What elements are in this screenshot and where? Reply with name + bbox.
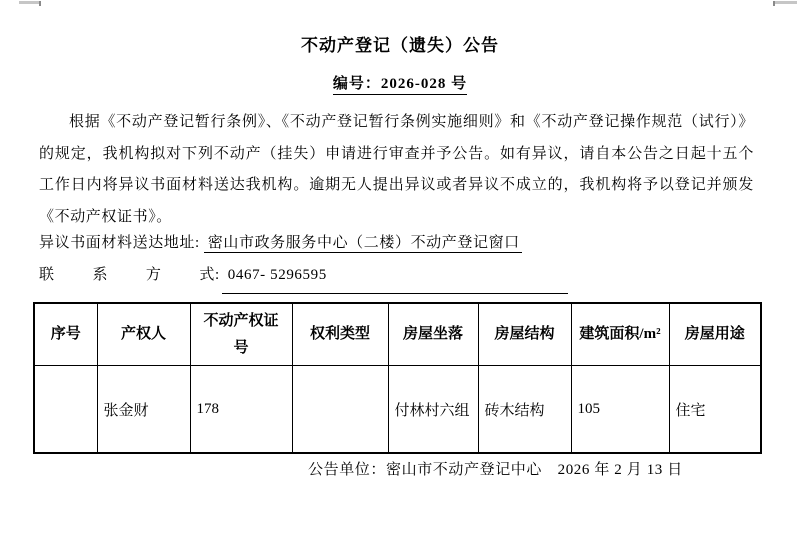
ruler-tick-left [39,1,41,6]
page-title: 不动产登记（遗失）公告 [0,33,800,59]
cell-house-structure: 砖木结构 [478,366,571,454]
cell-serial-number [34,366,97,454]
ruler-fragment-left [19,1,40,4]
address-value: 密山市政务服务中心（二楼）不动产登记窗口 [204,235,522,253]
header-property-owner: 产权人 [97,303,190,366]
table-header-row: 序号 产权人 不动产权证号 权利类型 房屋坐落 房屋结构 建筑面积/m² 房屋用… [34,303,761,366]
header-house-structure: 房屋结构 [478,303,571,366]
cell-house-location: 付林村六组 [388,366,478,454]
header-house-usage: 房屋用途 [669,303,761,366]
contact-line: 联 系 方 式:0467- 5296595 [39,260,568,294]
header-certificate-number: 不动产权证号 [190,303,292,366]
body-paragraph: 根据《不动产登记暂行条例》、《不动产登记暂行条例实施细则》和《不动产登记操作规范… [39,107,754,233]
table-row: 张金财 178 付林村六组 砖木结构 105 住宅 [34,366,761,454]
address-label: 异议书面材料送达地址: [39,235,200,251]
header-serial-number: 序号 [34,303,97,366]
cell-right-type [292,366,388,454]
properties-table: 序号 产权人 不动产权证号 权利类型 房屋坐落 房屋结构 建筑面积/m² 房屋用… [33,302,762,454]
header-right-type: 权利类型 [292,303,388,366]
header-house-location: 房屋坐落 [388,303,478,366]
doc-number-line: 编号：2026-028 号 [0,72,800,96]
header-building-area: 建筑面积/m² [571,303,669,366]
footer-announcement-unit: 公告单位：密山市不动产登记中心 2026 年 2 月 13 日 [308,455,683,487]
contact-label: 联 系 方 式 [39,260,215,292]
announcement-page: 不动产登记（遗失）公告 编号：2026-028 号 根据《不动产登记暂行条例》、… [0,0,800,543]
cell-property-owner: 张金财 [97,366,190,454]
doc-number-text: 编号：2026-028 号 [333,76,467,95]
ruler-tick-right [773,1,775,6]
cell-building-area: 105 [571,366,669,454]
address-line: 异议书面材料送达地址:密山市政务服务中心（二楼）不动产登记窗口 [39,228,522,260]
contact-colon: : [215,267,220,283]
cell-certificate-number: 178 [190,366,292,454]
cell-house-usage: 住宅 [669,366,761,454]
ruler-fragment-right [774,1,797,4]
contact-value: 0467- 5296595 [222,260,568,294]
